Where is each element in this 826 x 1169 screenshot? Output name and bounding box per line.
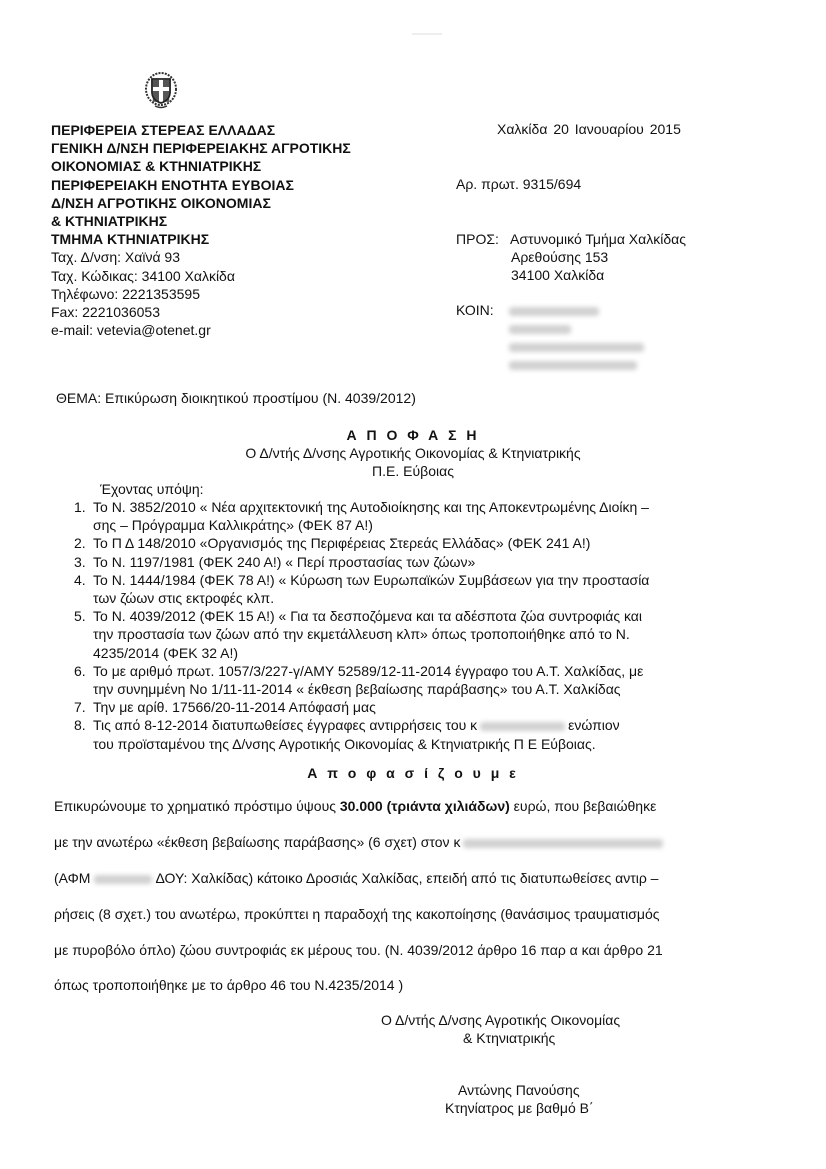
body-line: όπως τροποποιήθηκε με το άρθρο 46 του Ν.…: [54, 977, 403, 993]
body-line: Επικυρώνουμε το χρηματικό πρόστιμο ύψους…: [54, 798, 656, 814]
fax-line: Fax: 2221036053: [51, 303, 351, 321]
redacted-tax-id: [94, 875, 152, 884]
org-line: ΠΕΡΙΦΕΡΕΙΑ ΣΤΕΡΕΑΣ ΕΛΛΑΔΑΣ: [51, 121, 351, 139]
org-line: ΟΙΚΟΝΟΜΙΑΣ & ΚΤΗΝΙΑΤΡΙΚΗΣ: [51, 157, 351, 175]
redacted-text: [509, 361, 637, 370]
org-line: ΠΕΡΙΦΕΡΕΙΑΚΗ ΕΝΟΤΗΤΑ ΕΥΒΟΙΑΣ: [51, 176, 351, 194]
recipient-street: Αρεθούσης 153: [511, 249, 608, 265]
body-line: (ΑΦΜ ΔΟΥ: Χαλκίδας) κάτοικο Δροσιάς Χαλκ…: [54, 870, 658, 886]
list-item: 4. Το Ν. 1444/1984 (ΦΕΚ 78 Α!) « Κύρωση …: [74, 571, 734, 607]
subject-line: ΘΕΜΑ: Επικύρωση διοικητικού προστίμου (Ν…: [56, 390, 416, 406]
fine-amount: 30.000 (τριάντα χιλιάδων): [340, 798, 510, 814]
cc-redacted-block: [509, 307, 644, 379]
postal-code-line: Ταχ. Κώδικας: 34100 Χαλκίδα: [51, 267, 351, 285]
scan-artifact: [412, 33, 442, 35]
we-decide-heading: Α π ο φ α σ ί ζ ο υ μ ε: [0, 765, 826, 781]
org-line: Δ/ΝΣΗ ΑΓΡΟΤΙΚΗΣ ΟΙΚΟΝΟΜΙΑΣ: [51, 194, 351, 212]
body-line: ρήσεις (8 σχετ.) του ανωτέρω, προκύπτει …: [54, 906, 660, 922]
place-date: Χαλκίδα 20 Ιανουαρίου 2015: [497, 121, 681, 137]
greek-coat-of-arms-icon: [144, 71, 178, 111]
decision-title: Α Π Ο Φ Α Σ Η: [0, 427, 826, 443]
issuer-line: Ο Δ/ντής Δ/νσης Αγροτικής Οικονομίας & Κ…: [0, 445, 826, 461]
redacted-name: [463, 839, 663, 848]
redacted-name: [480, 722, 565, 731]
redacted-text: [509, 307, 599, 316]
list-item: 7. Την με αρίθ. 17566/20-11-2014 Απόφασή…: [74, 698, 734, 716]
recipient-label: ΠΡΟΣ:: [456, 231, 499, 247]
protocol-number: Αρ. πρωτ. 9315/694: [456, 176, 581, 192]
address-line: Ταχ. Δ/νση: Χαϊνά 93: [51, 248, 351, 266]
list-item: 2. Το Π Δ 148/2010 «Οργανισμός της Περιφ…: [74, 534, 734, 552]
phone-line: Τηλέφωνο: 2221353595: [51, 285, 351, 303]
signatory-title: Κτηνίατρος με βαθμό Β΄: [445, 1100, 594, 1116]
considering-label: Έχοντας υπόψη:: [100, 481, 204, 497]
recipient-city: 34100 Χαλκίδα: [511, 267, 604, 283]
recipient-name: Αστυνομικό Τμήμα Χαλκίδας: [510, 231, 686, 247]
list-item: 8. Τις από 8-12-2014 διατυπωθείσες έγγρα…: [74, 716, 734, 752]
redacted-text: [509, 325, 571, 334]
list-item: 6. Το με αριθμό πρωτ. 1057/3/227-γ/ΑΜΥ 5…: [74, 662, 734, 698]
email-line: e-mail: vetevia@otenet.gr: [51, 321, 351, 339]
list-item: 5. Το Ν. 4039/2012 (ΦΕΚ 15 Α!) « Για τα …: [74, 607, 734, 662]
sender-block: ΠΕΡΙΦΕΡΕΙΑ ΣΤΕΡΕΑΣ ΕΛΛΑΔΑΣ ΓΕΝΙΚΗ Δ/ΝΣΗ …: [51, 121, 351, 339]
org-line: ΓΕΝΙΚΗ Δ/ΝΣΗ ΠΕΡΙΦΕΡΕΙΑΚΗΣ ΑΓΡΟΤΙΚΗΣ: [51, 139, 351, 157]
body-line: με την ανωτέρω «έκθεση βεβαίωσης παράβασ…: [54, 834, 663, 850]
signatory-name: Αντώνης Πανούσης: [458, 1082, 580, 1098]
redacted-text: [509, 343, 644, 352]
issuer-region: Π.Ε. Εύβοιας: [0, 463, 826, 479]
org-line: & ΚΤΗΝΙΑΤΡΙΚΗΣ: [51, 212, 351, 230]
signatory-role-cont: & Κτηνιατρικής: [463, 1030, 555, 1046]
body-line: με πυροβόλο όπλο) ζώου συντροφιάς εκ μέρ…: [54, 942, 663, 958]
legal-basis-list: 1. Το Ν. 3852/2010 « Νέα αρχιτεκτονική τ…: [74, 498, 734, 753]
org-line: ΤΜΗΜΑ ΚΤΗΝΙΑΤΡΙΚΗΣ: [51, 230, 351, 248]
list-item: 1. Το Ν. 3852/2010 « Νέα αρχιτεκτονική τ…: [74, 498, 734, 534]
list-item: 3. Το Ν. 1197/1981 (ΦΕΚ 240 Α!) « Περί π…: [74, 553, 734, 571]
signatory-role: Ο Δ/ντής Δ/νσης Αγροτικής Οικονομίας: [381, 1012, 620, 1028]
cc-label: ΚΟΙΝ:: [456, 302, 494, 318]
